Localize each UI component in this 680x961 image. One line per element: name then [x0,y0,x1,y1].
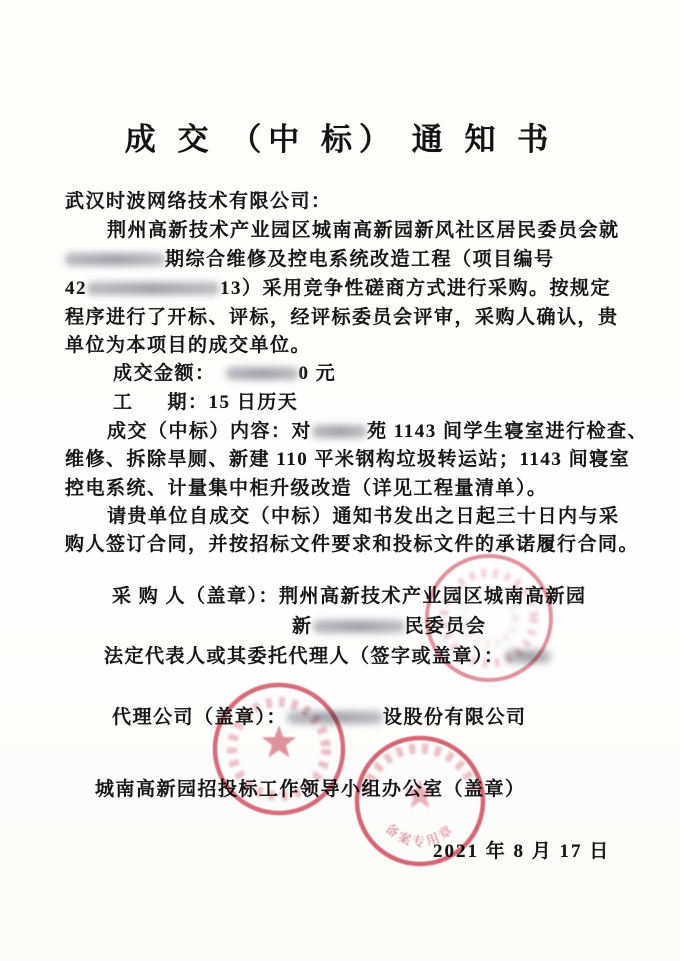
redacted-blur [312,425,367,438]
doc-line: 控电系统、计量集中柜升级改造（详见工程量清单）。 [65,477,548,501]
doc-line: 武汉时波网络技术有限公司： [65,190,332,214]
doc-text: 购人签订合同，并按招标文件要求和投标文件的承诺履行合同。 [65,534,639,555]
doc-text: 0 元 [299,363,337,384]
document-date: 2021 年 8 月 17 日 [433,836,610,863]
doc-text: 请贵单位自成交（中标）通知书发出之日起三十日内与采 [107,506,620,527]
doc-text: 控电系统、计量集中柜升级改造（详见工程量清单）。 [65,478,548,499]
doc-text: 13）采用竞争性磋商方式进行采购。按规定 [220,278,611,299]
doc-line: 购人签订合同，并按招标文件要求和投标文件的承诺履行合同。 [65,533,639,557]
doc-text: 武汉时波网络技术有限公司： [65,191,332,212]
document-page: 成 交 （中 标） 通 知 书 武汉时波网络技术有限公司：荆州高新技术产业园区城… [0,0,680,961]
doc-line: 期综合维修及控电系统改造工程（项目编号 [65,248,555,272]
doc-line: 单位为本项目的成交单位。 [65,334,311,358]
doc-text: 维修、拆除旱厕、新建 110 平米钢构垃圾转运站；1143 间寝室 [65,449,630,470]
redacted-blur [65,253,165,266]
doc-line: 城南高新园招投标工作领导小组办公室（盖章） [95,778,526,802]
redacted-blur [226,367,299,380]
doc-line: 成交（中标）内容：对苑 1143 间学生寝室进行检查、 [107,420,648,444]
redacted-blur [87,282,220,295]
doc-text: 法定代表人或其委托代理人（签字或盖章）： [104,646,505,667]
doc-text: 城南高新园招投标工作领导小组办公室（盖章） [95,779,526,800]
doc-line: 代理公司（盖章）：设股份有限公司 [112,706,527,730]
doc-text: 采 购 人（盖章）：荆州高新技术产业园区城南高新园 [112,586,587,607]
doc-text: 成交金额： [113,363,216,384]
doc-text: 程序进行了开标、评标，经评标委员会评审，采购人确认，贵 [65,307,619,328]
doc-line: 程序进行了开标、评标，经评标委员会评审，采购人确认，贵 [65,306,619,330]
doc-text: 期综合维修及控电系统改造工程（项目编号 [165,249,555,270]
star-icon [262,725,296,757]
doc-text: 荆州高新技术产业园区城南高新园新风社区居民委员会就 [107,220,620,241]
doc-text: 42 [65,278,87,299]
doc-line: 成交金额：0 元 [113,362,336,386]
doc-text: 设股份有限公司 [383,707,527,728]
doc-text: 民委员会 [405,616,487,637]
doc-line: 工期：15 日历天 [113,391,298,415]
doc-line: 4213）采用竞争性磋商方式进行采购。按规定 [65,277,611,301]
redacted-blur [287,711,383,724]
doc-line: 维修、拆除旱厕、新建 110 平米钢构垃圾转运站；1143 间寝室 [65,448,630,472]
redacted-blur [505,650,551,663]
doc-line: 请贵单位自成交（中标）通知书发出之日起三十日内与采 [107,505,620,529]
doc-text: 代理公司（盖章）： [112,707,287,728]
doc-text: 期：15 日历天 [168,392,299,413]
doc-line: 采 购 人（盖章）：荆州高新技术产业园区城南高新园 [112,585,587,609]
doc-text: 工 [113,392,134,413]
doc-line: 法定代表人或其委托代理人（签字或盖章）： [104,645,551,669]
doc-text: 苑 1143 间学生寝室进行检查、 [367,421,648,442]
doc-text: 单位为本项目的成交单位。 [65,335,311,356]
doc-text: 新 [292,616,313,637]
doc-line: 荆州高新技术产业园区城南高新园新风社区居民委员会就 [107,219,620,243]
document-title: 成 交 （中 标） 通 知 书 [0,114,680,159]
doc-text: 成交（中标）内容：对 [107,421,312,442]
redacted-blur [313,620,405,633]
doc-line: 新民委员会 [292,615,487,639]
